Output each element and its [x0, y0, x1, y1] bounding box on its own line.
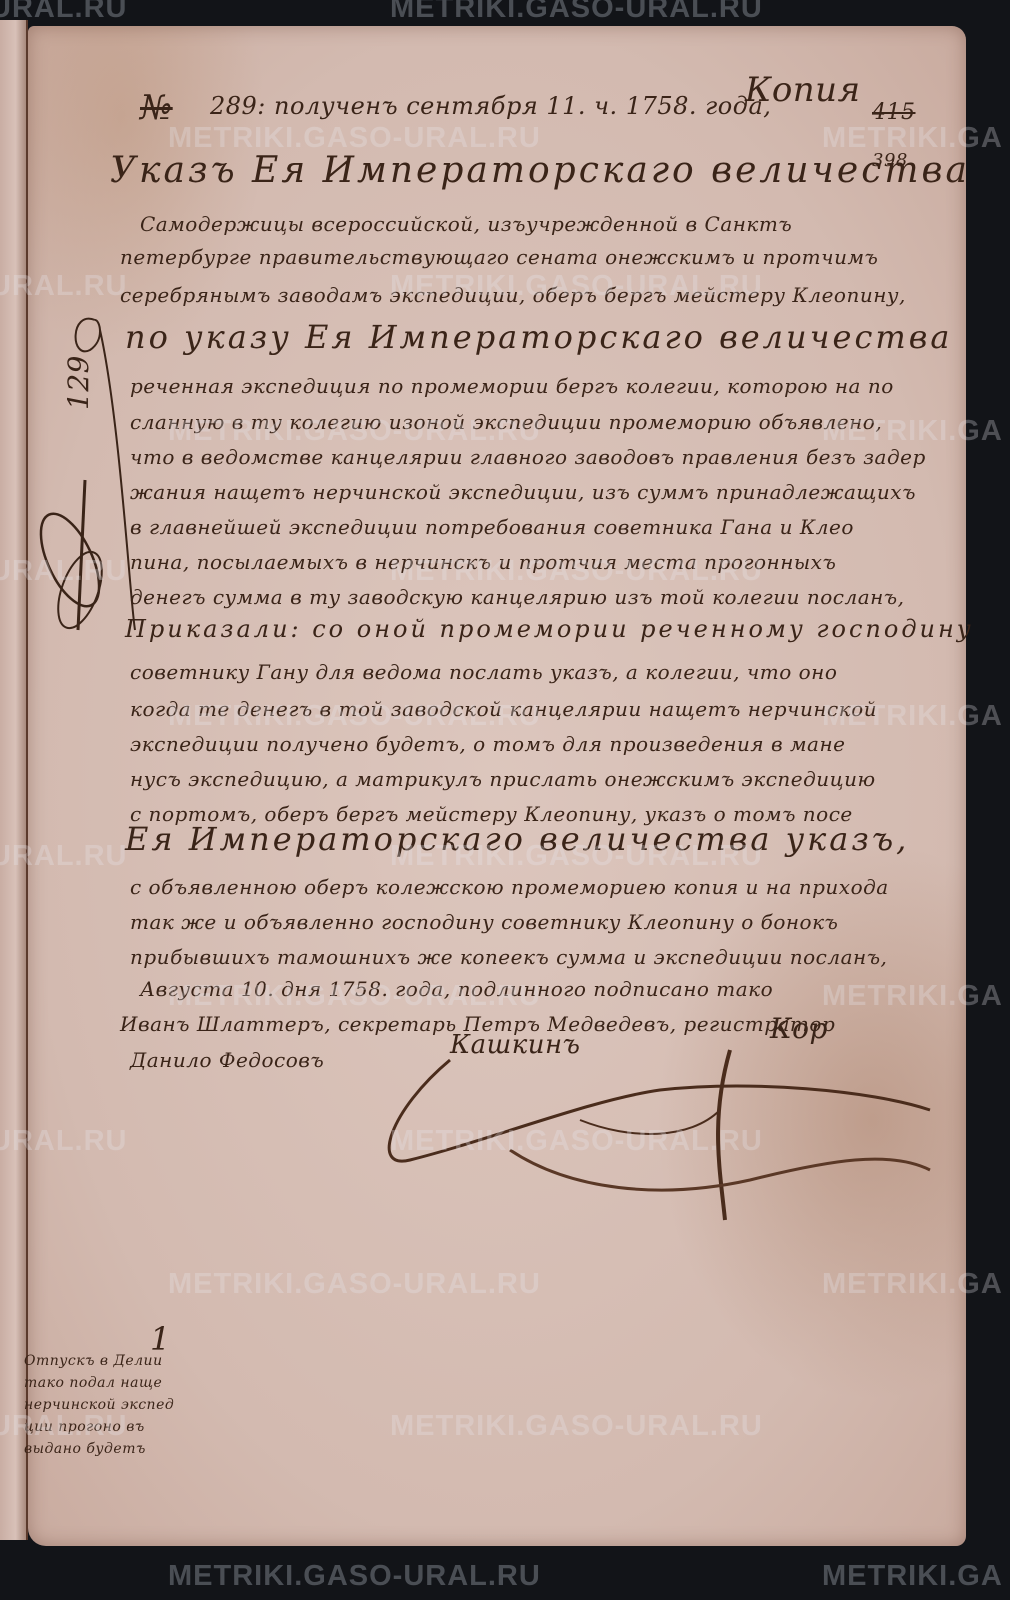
- copy-label: Копия: [745, 70, 861, 110]
- body-line-18: Ея Императорскаго величества указъ,: [125, 820, 909, 858]
- margin-flourish: 129: [40, 300, 110, 640]
- margin-note-line-1: тако подал наще: [24, 1372, 162, 1394]
- body-line-7: что в ведомстве канцелярии главного заво…: [130, 445, 926, 469]
- body-line-4: по указу Ея Императорскаго величества: [125, 318, 952, 356]
- signature-suffix: Кор: [770, 1012, 828, 1045]
- watermark-bottom-right: METRIKI.GA: [822, 1560, 1003, 1593]
- margin-note-line-3: ции прогоно въ: [24, 1416, 145, 1438]
- watermark-bottom-center: METRIKI.GASO-URAL.RU: [168, 1560, 541, 1593]
- margin-number: 129: [62, 355, 95, 410]
- body-line-9: в главнейшей экспедиции потребования сов…: [130, 515, 854, 539]
- margin-note-mark: 1: [150, 1320, 171, 1358]
- adjacent-page-edge: [0, 20, 28, 1540]
- header-line: 289: полученъ сентября 11. ч. 1758. года…: [210, 92, 771, 120]
- body-line-0: Указъ Ея Императорскаго величества: [110, 150, 970, 191]
- margin-note-line-0: Отпускъ в Делии: [24, 1350, 163, 1372]
- body-line-5: реченная экспедиция по промемории бергъ …: [130, 374, 894, 398]
- body-line-19: с объявленною оберъ колежскою промеморие…: [130, 875, 889, 899]
- body-line-13: советнику Гану для ведома послать указъ,…: [130, 660, 837, 684]
- body-line-8: жания нащетъ нерчинской экспедиции, изъ …: [130, 480, 916, 504]
- body-line-15: экспедиции получено будетъ, о томъ для п…: [130, 732, 845, 756]
- body-line-2: петербурге правительствующаго сената оне…: [120, 245, 878, 269]
- body-line-10: пина, посылаемыхъ в нерчинскъ и протчия …: [130, 550, 836, 574]
- body-line-3: серебрянымъ заводамъ экспедиции, оберъ б…: [120, 283, 906, 307]
- body-line-11: денегъ сумма в ту заводскую канцелярию и…: [130, 585, 905, 609]
- watermark-top-center: METRIKI.GASO-URAL.RU: [390, 0, 763, 25]
- body-line-14: когда те денегъ в той заводской канцеляр…: [130, 697, 877, 721]
- body-line-12: Приказали: со оной промемории реченному …: [125, 615, 974, 643]
- body-line-24: Данило Федосовъ: [130, 1048, 324, 1072]
- body-line-16: нусъ экспедицию, а матрикулъ прислать он…: [130, 767, 876, 791]
- flourish-icon: [40, 300, 120, 640]
- body-line-1: Самодержицы всероссийской, изъучрежденно…: [140, 212, 792, 236]
- body-line-22: Августа 10. дня 1758. года, подлинного п…: [140, 977, 773, 1001]
- margin-note-line-2: нерчинской экспед: [24, 1394, 174, 1416]
- body-line-21: прибывшихъ тамошнихъ же копеекъ сумма и …: [130, 945, 887, 969]
- body-line-6: сланную в ту колегию изоной экспедиции п…: [130, 410, 882, 434]
- folio-number-crossed: 415: [872, 100, 916, 125]
- body-line-20: так же и объявленно господину советнику …: [130, 910, 838, 934]
- document-number-mark: №: [140, 88, 173, 128]
- signature-flourish-icon: [330, 1030, 930, 1230]
- signature: Кашкинъ: [450, 1030, 580, 1060]
- margin-note-line-4: выдано будетъ: [24, 1438, 146, 1460]
